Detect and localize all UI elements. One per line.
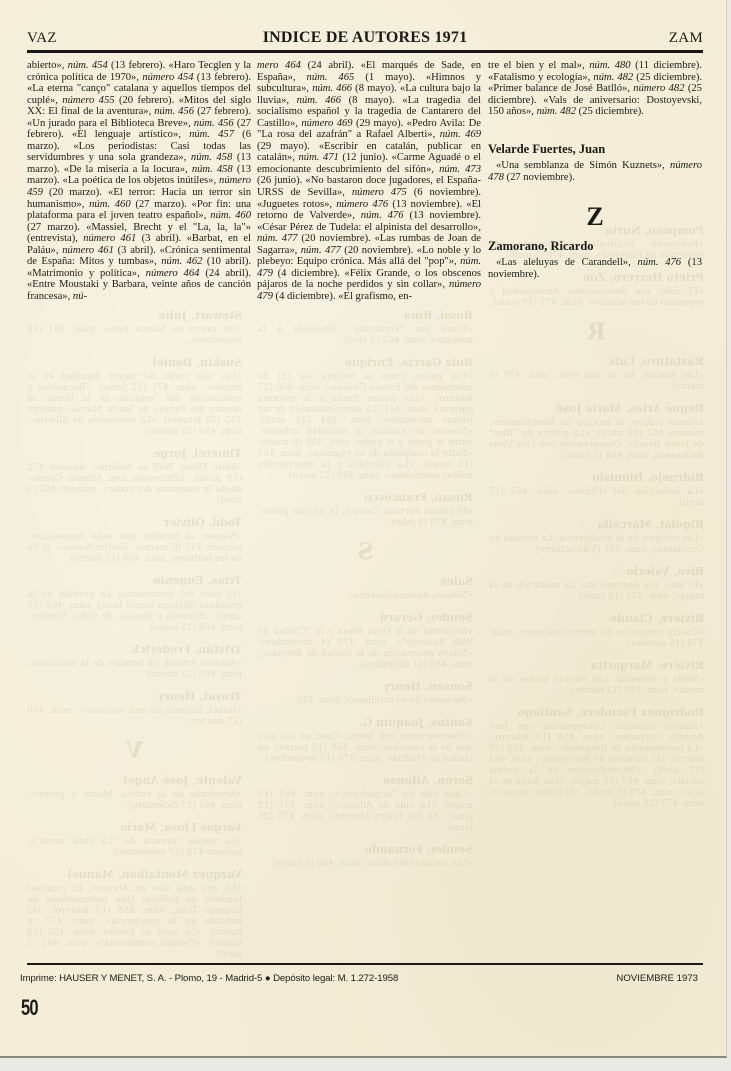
bleed-through-center: Rossi, Rina «Paseo por "Fortunata", Hipó…	[258, 300, 473, 870]
header-rule	[27, 50, 703, 53]
page-title: INDICE DE AUTORES 1971	[27, 29, 703, 47]
column-2-text: mero 464 (24 abril). «El marqués de Sade…	[257, 60, 481, 302]
section-letter: Z	[488, 211, 702, 223]
bleed-through-left: Stewart, Julie «Un rastro en Nueva York»…	[27, 300, 242, 961]
column-3-text: tre el bien y el mal», núm. 480 (11 dici…	[488, 60, 702, 118]
author-heading: Zamorano, Ricardo	[488, 241, 702, 253]
author-heading: Velarde Fuertes, Juan	[488, 144, 702, 156]
magazine-page: Stewart, Julie «Un rastro en Nueva York»…	[0, 0, 727, 1058]
right-guide-word: ZAM	[669, 30, 703, 47]
imprint-line: Imprime: HAUSER Y MENET, S. A. - Plomo, …	[20, 973, 398, 984]
page-header: VAZ INDICE DE AUTORES 1971 ZAM	[27, 30, 703, 50]
author-entry: «Una semblanza de Simón Kuznets», número…	[488, 160, 702, 183]
footer-rule	[27, 963, 703, 965]
bleed-through-right: Pomposo, Nuria «Fenómeno habitual», «Fen…	[489, 215, 704, 810]
column-2: mero 464 (24 abril). «El marqués de Sade…	[257, 60, 481, 302]
author-entry: «Las aleluyas de Carandell», núm. 476 (1…	[488, 257, 702, 280]
issue-date: NOVIEMBRE 1973	[616, 973, 698, 984]
column-1: abierto», núm. 454 (13 febrero). «Haro T…	[27, 60, 251, 302]
page-number: 50	[21, 995, 38, 1021]
column-3: tre el bien y el mal», núm. 480 (11 dici…	[488, 60, 702, 281]
column-1-text: abierto», núm. 454 (13 febrero). «Haro T…	[27, 60, 251, 302]
